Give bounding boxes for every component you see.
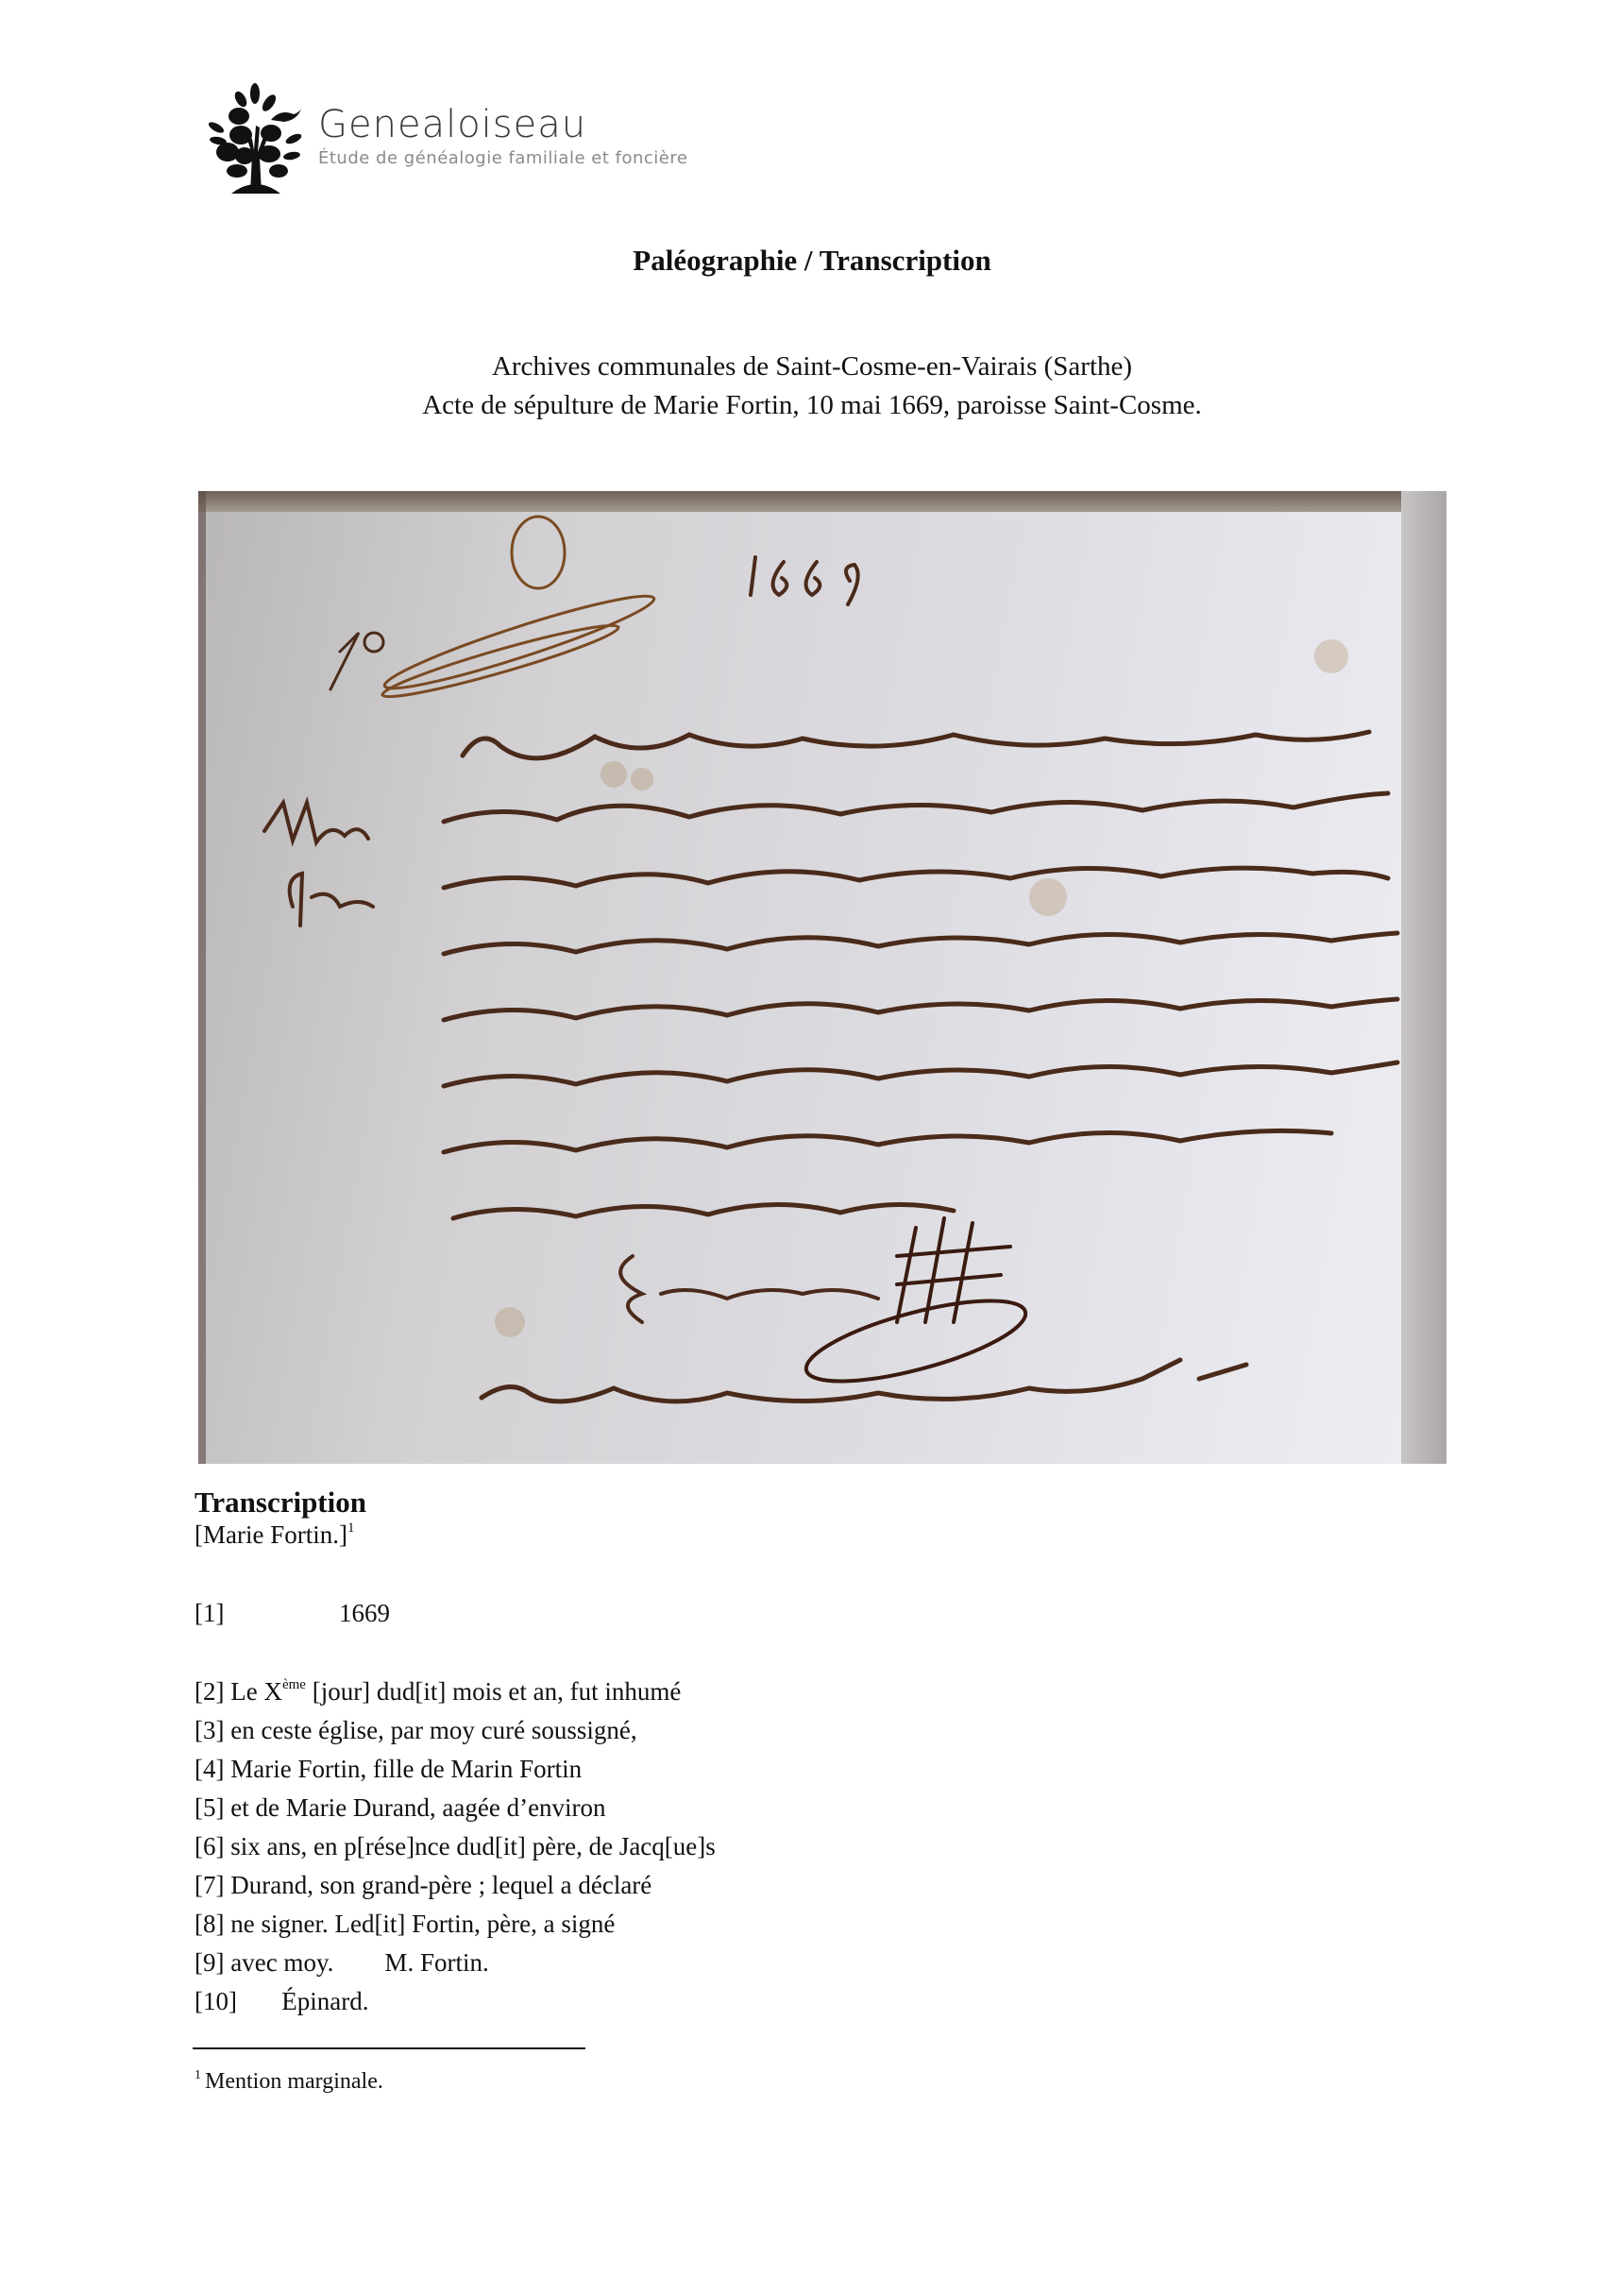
margin-entry: [Marie Fortin.]1 xyxy=(195,1520,354,1550)
footnote-number: 1 xyxy=(195,2068,201,2082)
brand-name: Genealoiseau xyxy=(318,103,687,146)
source-archive: Archives communales de Saint-Cosme-en-Va… xyxy=(0,348,1624,386)
transcription-line: [7] Durand, son grand-père ; lequel a dé… xyxy=(195,1871,651,1900)
tree-with-bird-icon xyxy=(203,80,307,194)
transcription-line: [8] ne signer. Led[it] Fortin, père, a s… xyxy=(195,1910,615,1939)
line-text: Durand, son grand-père ; lequel a déclar… xyxy=(224,1871,651,1899)
line-number: [5] xyxy=(195,1793,224,1822)
line-text: Épinard. xyxy=(237,1987,368,2015)
footnote-text: Mention marginale. xyxy=(205,2069,383,2094)
line-text: 1669 xyxy=(224,1599,390,1627)
transcription-line: [2] Le Xème [jour] dud[it] mois et an, f… xyxy=(195,1677,681,1707)
footnote-separator xyxy=(193,2047,585,2049)
transcription-heading: Transcription xyxy=(195,1486,366,1520)
manuscript-photo xyxy=(198,491,1446,1464)
line-text: [jour] dud[it] mois et an, fut inhumé xyxy=(306,1677,681,1706)
page-title: Paléographie / Transcription xyxy=(0,244,1624,278)
margin-entry-text: [Marie Fortin.] xyxy=(195,1520,347,1549)
footnote-ref[interactable]: 1 xyxy=(347,1520,355,1536)
line-text-prefix: Le X xyxy=(224,1677,281,1706)
line-number: [10] xyxy=(195,1987,237,2015)
transcription-line: [3] en ceste église, par moy curé soussi… xyxy=(195,1716,637,1745)
transcription-line: [6] six ans, en p[rése]nce dud[it] père,… xyxy=(195,1832,716,1861)
transcription-line: [5] et de Marie Durand, aagée d’environ xyxy=(195,1793,606,1823)
line-number: [8] xyxy=(195,1910,224,1938)
line-number: [1] xyxy=(195,1599,224,1627)
transcription-line: [1] 1669 xyxy=(195,1599,390,1628)
handwriting-strokes xyxy=(198,491,1446,1464)
transcription-line: [10] Épinard. xyxy=(195,1987,368,2016)
line-text: six ans, en p[rése]nce dud[it] père, de … xyxy=(224,1832,715,1860)
line-text: Marie Fortin, fille de Marin Fortin xyxy=(224,1755,582,1783)
footnote: 1Mention marginale. xyxy=(195,2068,383,2095)
line-number: [9] xyxy=(195,1948,224,1977)
line-number: [6] xyxy=(195,1832,224,1860)
transcription-line: [4] Marie Fortin, fille de Marin Fortin xyxy=(195,1755,582,1784)
company-logo: Genealoiseau Étude de généalogie familia… xyxy=(203,77,687,195)
line-number: [4] xyxy=(195,1755,224,1783)
source-act: Acte de sépulture de Marie Fortin, 10 ma… xyxy=(0,386,1624,425)
line-text: avec moy. M. Fortin. xyxy=(224,1948,488,1977)
line-superscript: ème xyxy=(282,1677,306,1692)
line-number: [7] xyxy=(195,1871,224,1899)
line-text: ne signer. Led[it] Fortin, père, a signé xyxy=(224,1910,615,1938)
line-text: et de Marie Durand, aagée d’environ xyxy=(224,1793,605,1822)
line-number: [3] xyxy=(195,1716,224,1744)
line-number: [2] xyxy=(195,1677,224,1706)
source-citation: Archives communales de Saint-Cosme-en-Va… xyxy=(0,348,1624,425)
brand-tagline: Étude de généalogie familiale et foncièr… xyxy=(318,146,687,171)
transcription-line: [9] avec moy. M. Fortin. xyxy=(195,1948,489,1978)
line-text: en ceste église, par moy curé soussigné, xyxy=(224,1716,636,1744)
